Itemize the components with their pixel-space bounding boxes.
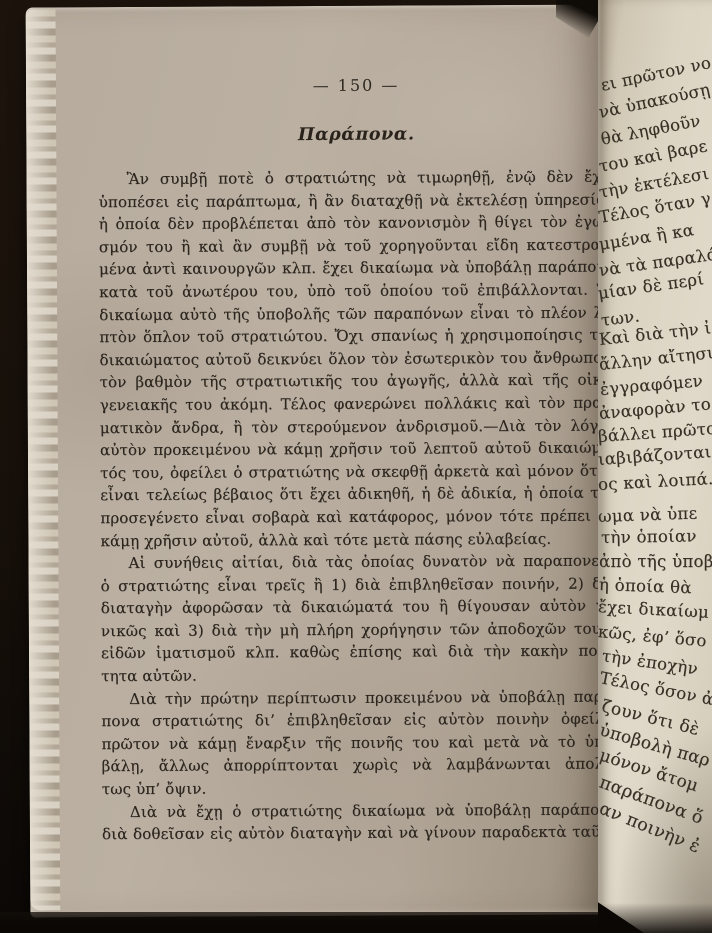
next-page-text-fragment: ἀναφορὰν το [598,394,712,423]
next-page-text-fragment: ος καὶ λοιπά. [598,469,712,494]
text-line: ὑποπέσει εἰς παράπτωμα, ἢ ἂν διαταχθῇ νὰ… [99,188,616,213]
text-line: τὸν βαθμὸν τῆς στρατιωτικῆς του ἀγωγῆς, … [100,369,617,394]
text-line: πτὸν ὅπλον τοῦ στρατιώτου. Ὄχι σπανίως ἡ… [99,324,616,349]
text-line: προσεγένετο εἶναι σοβαρὰ καὶ κατάφορος, … [100,504,617,529]
text-line: εἰδῶν ἱματισμοῦ κλπ. καθὼς ἐπίσης καὶ δι… [101,640,618,665]
text-line: τός του, ὀφείλει ὁ στρατιώτης νὰ σκεφθῇ … [100,459,617,484]
text-line: διὰ δοθεῖσαν εἰς αὐτὸν διαταγὴν καὶ νὰ γ… [102,821,619,846]
next-page-text-fragment: κῶς, ἐφ’ ὅσο [598,622,708,650]
book-photo: — 150 — Παράπονα. Ἂν συμβῇ ποτὲ ὁ στρατι… [0,0,712,933]
text-line: πονα στρατιώτης δι’ ἐπιβληθεῖσαν εἰς αὐτ… [101,708,618,733]
text-line: γενειακῆς του ἀκόμη. Τέλος φανερώνει πολ… [100,391,617,416]
chapter-title: Παράπονα. [98,123,614,146]
body-text: Ἂν συμβῇ ποτὲ ὁ στρατιώτης νὰ τιμωρηθῇ, … [98,165,619,846]
text-line: τως ὑπ’ ὄψιν. [102,775,619,800]
next-page-text-fragment: ἄλλην αἴτησι [598,343,712,374]
next-page-text-fragment: ἔχει δικαίωμ [598,597,710,622]
text-line: δικαιώματος αὐτοῦ δεικνύει ὅλον τὸν ἐσωτ… [99,346,616,371]
text-line: ἡ ὁποία δὲν προβλέπεται ἀπὸ τὸν κανονισμ… [99,211,616,236]
text-line: Ἂν συμβῇ ποτὲ ὁ στρατιώτης νὰ τιμωρηθῇ, … [98,165,615,190]
table-shadow [0,912,612,933]
text-line: ματικὸν ἄνδρα, ἢ τὸν στερούμενον ἀνδρισμ… [100,414,617,439]
text-line: βάλῃ, ἄλλως ἀπορρίπτονται χωρὶς νὰ λαμβά… [102,753,619,778]
next-page-text-fragment: ιαβιβάζονται [598,442,712,469]
text-line: δικαίωμα αὐτὸ τῆς ὑποβολῆς τῶν παραπόνων… [99,301,616,326]
text-line: κάμῃ χρῆσιν αὐτοῦ, ἀλλὰ καὶ τότε μετὰ πά… [100,527,617,552]
page-number: — 150 — [98,74,614,96]
next-page-text-fragment: ἡ ὁποία θὰ [599,575,692,597]
next-page-text-fragment: τὴν ὁποίαν [601,526,697,547]
text-line: κατὰ τοῦ ἀνωτέρου του, ὑπὸ τοῦ ὁποίου το… [99,278,616,303]
book-page-left: — 150 — Παράπονα. Ἂν συμβῇ ποτὲ ὁ στρατι… [26,4,609,917]
text-line: σμόν του ἢ καὶ ἂν συμβῇ νὰ τοῦ χορηγοῦντ… [99,233,616,258]
text-line: ὁ στρατιώτης εἶναι τρεῖς ἢ 1) διὰ ἐπιβλη… [101,572,618,597]
text-line: Διὰ τὴν πρώτην περίπτωσιν προκειμένου νὰ… [101,685,618,710]
book-page-right-curled: ει πρῶτον νο νὰ ὑπακούσῃ ὑ θὰ ληφθοῦν το… [598,0,712,933]
next-page-text-fragment: ἀπὸ τῆς ὑποβ [599,552,712,571]
text-line: Αἱ συνήθεις αἰτίαι, διὰ τὰς ὁποίας δυνατ… [100,550,617,575]
text-line: αὐτὸν προκειμένου νὰ κάμῃ χρῆσιν τοῦ λεπ… [100,437,617,462]
text-line: εἶναι τελείως βέβαιος ὅτι ἔχει ἀδικηθῆ, … [100,482,617,507]
next-page-text-fragment: βάλλει πρῶτο [598,419,712,446]
next-page-text-fragment: ωμα νὰ ὑπε [598,504,698,526]
text-line: Διὰ νὰ ἔχῃ ὁ στρατιώτης δικαίωμα νὰ ὑποβ… [102,798,619,823]
text-line: τητα αὐτῶν. [101,662,618,687]
next-page-text-fragment: ἐγγραφόμεν [599,371,703,399]
text-line: μένα ἀντὶ καινουργῶν κλπ. ἔχει δικαίωμα … [99,256,616,281]
text-line: νικῶς καὶ 3) διὰ τὴν μὴ πλήρη χορήγησιν … [101,617,618,642]
page-deckle-edge [26,9,61,910]
text-line: πρῶτον νὰ κάμῃ ἔναρξιν τῆς ποινῆς του κα… [101,730,618,755]
text-line: διαταγὴν ἀφορῶσαν τὰ δικαιώματά του ἢ θί… [101,595,618,620]
